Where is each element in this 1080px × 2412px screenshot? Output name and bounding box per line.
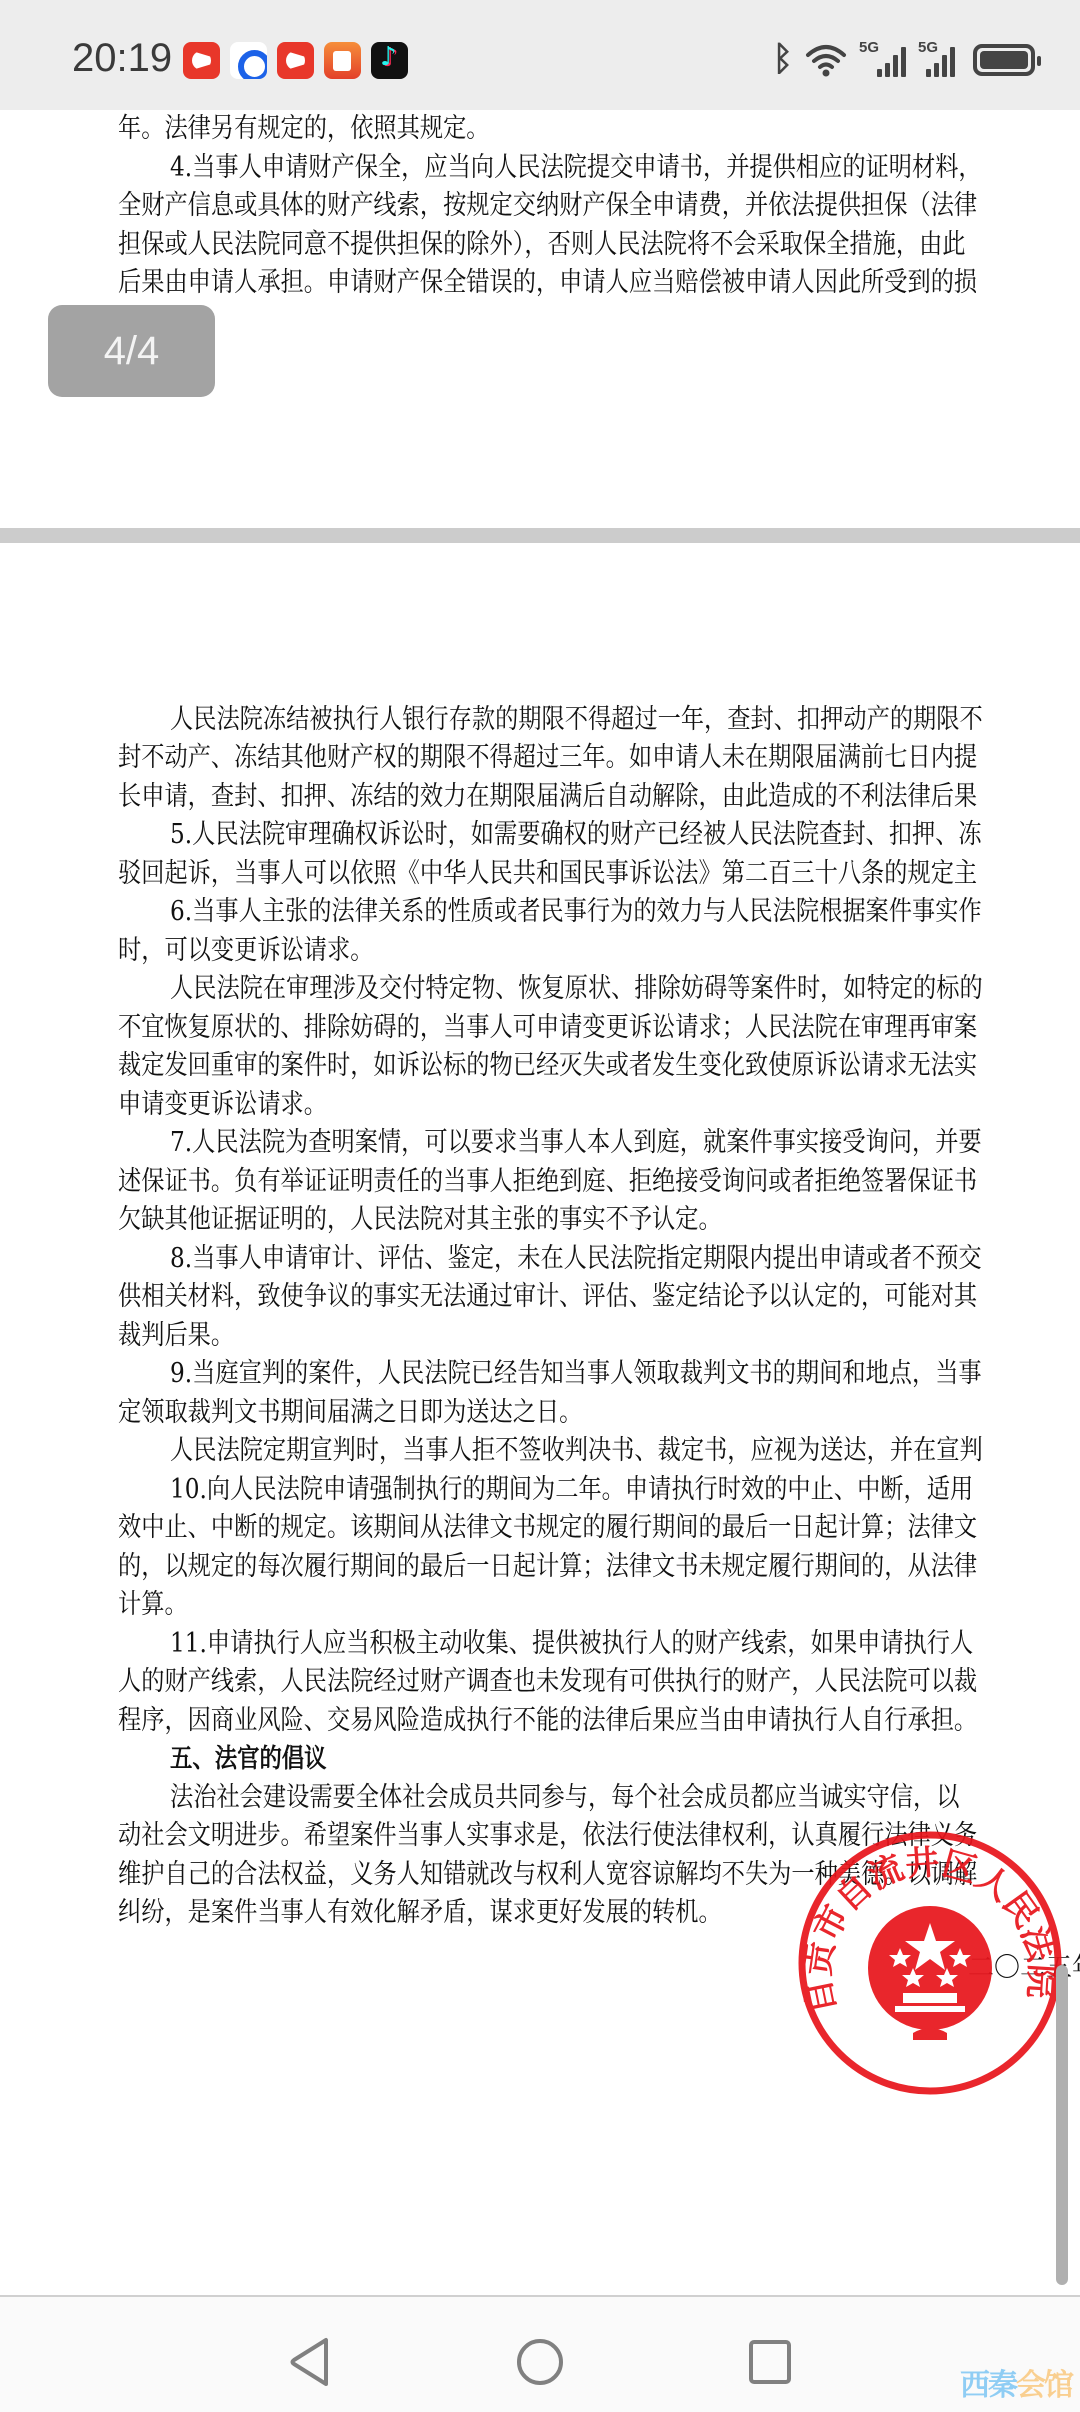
doc-line: 不宜恢复原状的、排除妨碍的，当事人可申请变更诉讼请求；人民法院在审理再审案 [118, 1009, 977, 1047]
doc-line: 人民法院冻结被执行人银行存款的期限不得超过一年，查封、扣押动产的期限不 [170, 701, 983, 739]
doc-line: 纠纷，是案件当事人有效化解矛盾，谋求更好发展的转机。 [118, 1894, 722, 1932]
browser-app-icon [230, 42, 267, 79]
doc-line: 供相关材料，致使争议的事实无法通过审计、评估、鉴定结论予以认定的，可能对其 [118, 1278, 977, 1316]
notification-icons [183, 42, 408, 79]
bluetooth-icon: ᛒ [773, 40, 793, 79]
tiktok-app-icon [371, 42, 408, 79]
doc-line: 全财产信息或具体的财产线索，按规定交纳财产保全申请费，并依法提供担保（法律 [118, 187, 977, 225]
doc-line: 法治社会建设需要全体社会成员共同参与，每个社会成员都应当诚实守信，以 [170, 1779, 959, 1817]
doc-line: 效中止、中断的规定。该期间从法律文书规定的履行期间的最后一日起计算；法律文 [118, 1509, 977, 1547]
bus-app-icon [324, 42, 361, 79]
system-icons: ᛒ 5G 5G [773, 40, 1035, 79]
doc-line: 述保证书。负有举证证明责任的当事人拒绝到庭、拒绝接受询问或者拒绝签署保证书 [118, 1163, 977, 1201]
doc-line: 人民法院在审理涉及交付特定物、恢复原状、排除妨碍等案件时，如特定的标的 [170, 970, 983, 1008]
doc-line: 驳回起诉，当事人可以依照《中华人民共和国民事诉讼法》第二百三十八条的规定主 [118, 855, 977, 893]
doc-line: 裁定发回重审的案件时，如诉讼标的物已经灭失或者发生变化致使原诉讼请求无法实 [118, 1047, 977, 1085]
doc-line: 欠缺其他证据证明的，人民法院对其主张的事实不予认定。 [118, 1201, 722, 1239]
doc-line: 申请变更诉讼请求。 [118, 1086, 327, 1124]
doc-line: 后果由申请人承担。申请财产保全错误的，申请人应当赔偿被申请人因此所受到的损 [118, 264, 977, 302]
doc-line: 长申请，查封、扣押、冻结的效力在期限届满后自动解除，由此造成的不利法律后果 [118, 778, 977, 816]
doc-line: 6.当事人主张的法律关系的性质或者民事行为的效力与人民法院根据案件事实作 [170, 893, 982, 931]
doc-line: 年。法律另有规定的，依照其规定。 [118, 110, 490, 148]
watermark: 西秦会馆 [960, 2360, 1072, 2404]
doc-line: 裁判后果。 [118, 1317, 234, 1355]
section-heading: 五、法官的倡议 [170, 1740, 327, 1778]
doc-line: 时，可以变更诉讼请求。 [118, 932, 373, 970]
doc-line: 11.申请执行人应当积极主动收集、提供被执行人的财产线索，如果申请执行人 [170, 1625, 973, 1663]
doc-line: 8.当事人申请审计、评估、鉴定，未在人民法院指定期限内提出申请或者不预交 [170, 1240, 982, 1278]
battery-icon [973, 44, 1035, 76]
video-app-icon [277, 42, 314, 79]
doc-line: 7.人民法院为查明案情，可以要求当事人本人到庭，就案件事实接受询问，并要 [170, 1124, 982, 1162]
page-indicator: 4/4 [48, 305, 215, 397]
doc-line: 封不动产、冻结其他财产权的期限不得超过三年。如申请人未在期限届满前七日内提 [118, 739, 977, 777]
clock: 20:19 [72, 36, 172, 81]
signal-icon: 5G [918, 43, 955, 77]
doc-line: 4.当事人申请财产保全，应当向人民法院提交申请书，并提供相应的证明材料， [170, 149, 982, 187]
recents-button[interactable] [740, 2332, 800, 2392]
back-icon [288, 2336, 332, 2388]
scrollbar[interactable] [1056, 1965, 1068, 2285]
doc-line: 的，以规定的每次履行期间的最后一日起计算；法律文书未规定履行期间的，从法律 [118, 1548, 977, 1586]
video-app-icon [183, 42, 220, 79]
navigation-bar: 西秦会馆 [0, 2295, 1080, 2412]
page-divider [0, 528, 1080, 543]
doc-line: 计算。 [118, 1586, 188, 1624]
doc-line: 5.人民法院审理确权诉讼时，如需要确权的财产已经被人民法院查封、扣押、冻 [170, 816, 982, 854]
status-bar: 20:19 ᛒ 5G 5G [0, 0, 1080, 110]
signal-icon: 5G [859, 43, 906, 77]
doc-line: 定领取裁判文书期间届满之日即为送达之日。 [118, 1394, 582, 1432]
doc-line: 程序，因商业风险、交易风险造成执行不能的法律后果应当由申请执行人自行承担。 [118, 1702, 977, 1740]
home-button[interactable] [510, 2332, 570, 2392]
court-seal-icon: 自贡市自流井区人民法院 [795, 1828, 1065, 2098]
home-icon [515, 2337, 565, 2387]
recents-icon [748, 2339, 792, 2385]
doc-line: 人的财产线索，人民法院经过财产调查也未发现有可供执行的财产，人民法院可以裁 [118, 1663, 977, 1701]
doc-line: 10.向人民法院申请强制执行的期间为二年。申请执行时效的中止、中断，适用 [170, 1471, 973, 1509]
doc-line: 9.当庭宣判的案件，人民法院已经告知当事人领取裁判文书的期间和地点，当事 [170, 1355, 982, 1393]
wifi-icon [805, 43, 847, 77]
doc-line: 担保或人民法院同意不提供担保的除外），否则人民法院将不会采取保全措施，由此 [118, 226, 966, 264]
doc-line: 人民法院定期宣判时，当事人拒不签收判决书、裁定书，应视为送达，并在宣判 [170, 1432, 983, 1470]
back-button[interactable] [280, 2332, 340, 2392]
